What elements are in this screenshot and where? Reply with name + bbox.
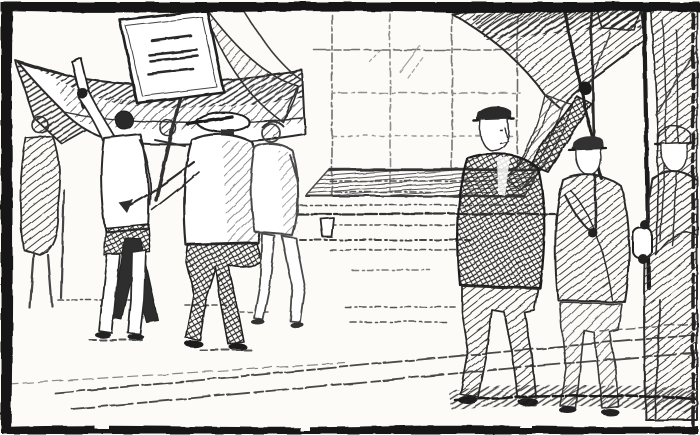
fist-on-pole — [579, 82, 592, 95]
sketch-image: Rough pencil storyboard sketch: at left,… — [0, 0, 700, 435]
frame-left — [1, 2, 13, 433]
cup-icon — [321, 218, 334, 237]
hand-on-pole — [588, 228, 598, 238]
sketch-canvas: Rough pencil storyboard sketch: at left,… — [0, 0, 700, 435]
fist — [77, 88, 88, 99]
rolled-paper — [633, 228, 652, 258]
